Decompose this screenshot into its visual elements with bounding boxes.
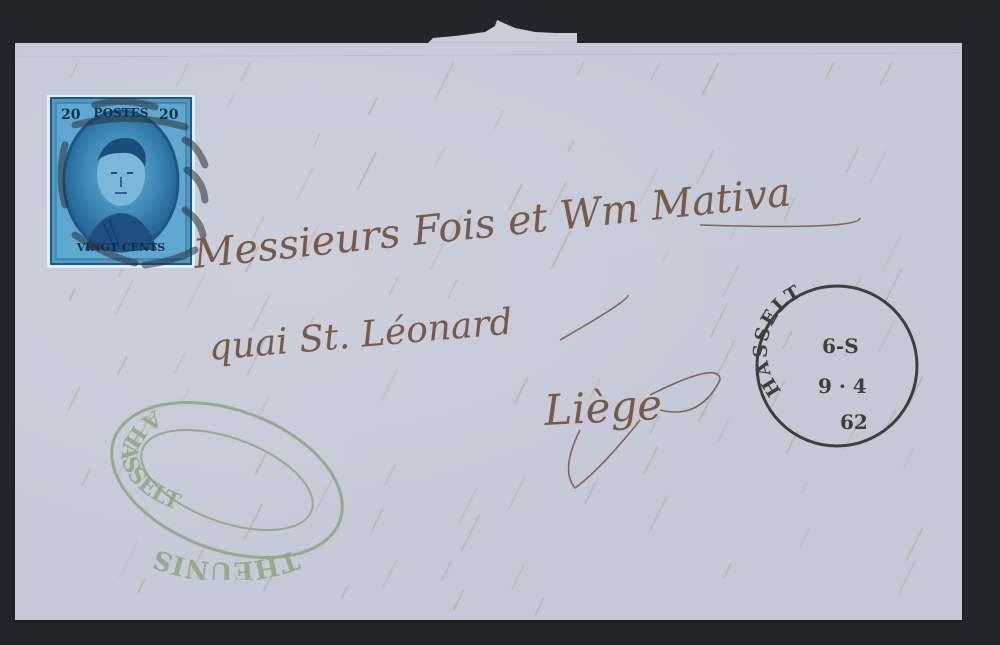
stamp-top-label: POSTES [94, 106, 149, 120]
stamp-value-left: 20 [61, 107, 81, 123]
svg-text:THEUNIS: THEUNIS [149, 543, 303, 580]
oval-cachet: THEUNIS A HASSELT [95, 380, 360, 580]
postage-stamp: 20 20 POSTES VINGT CENTS [47, 95, 195, 268]
postmark-time: 6-S [822, 334, 859, 358]
postmark-date: 9 · 4 [818, 374, 867, 398]
postmark-year: 62 [840, 410, 868, 434]
stamp-value-right: 20 [159, 107, 179, 123]
hasselt-postmark: HASSELT 6-S 9 · 4 62 [752, 281, 922, 451]
stamp-bottom-label: VINGT CENTS [76, 241, 166, 254]
postal-cover-scene: 20 20 POSTES VINGT CENTS Messieurs Fois … [0, 0, 1000, 645]
cachet-top-text: THEUNIS [149, 543, 303, 580]
